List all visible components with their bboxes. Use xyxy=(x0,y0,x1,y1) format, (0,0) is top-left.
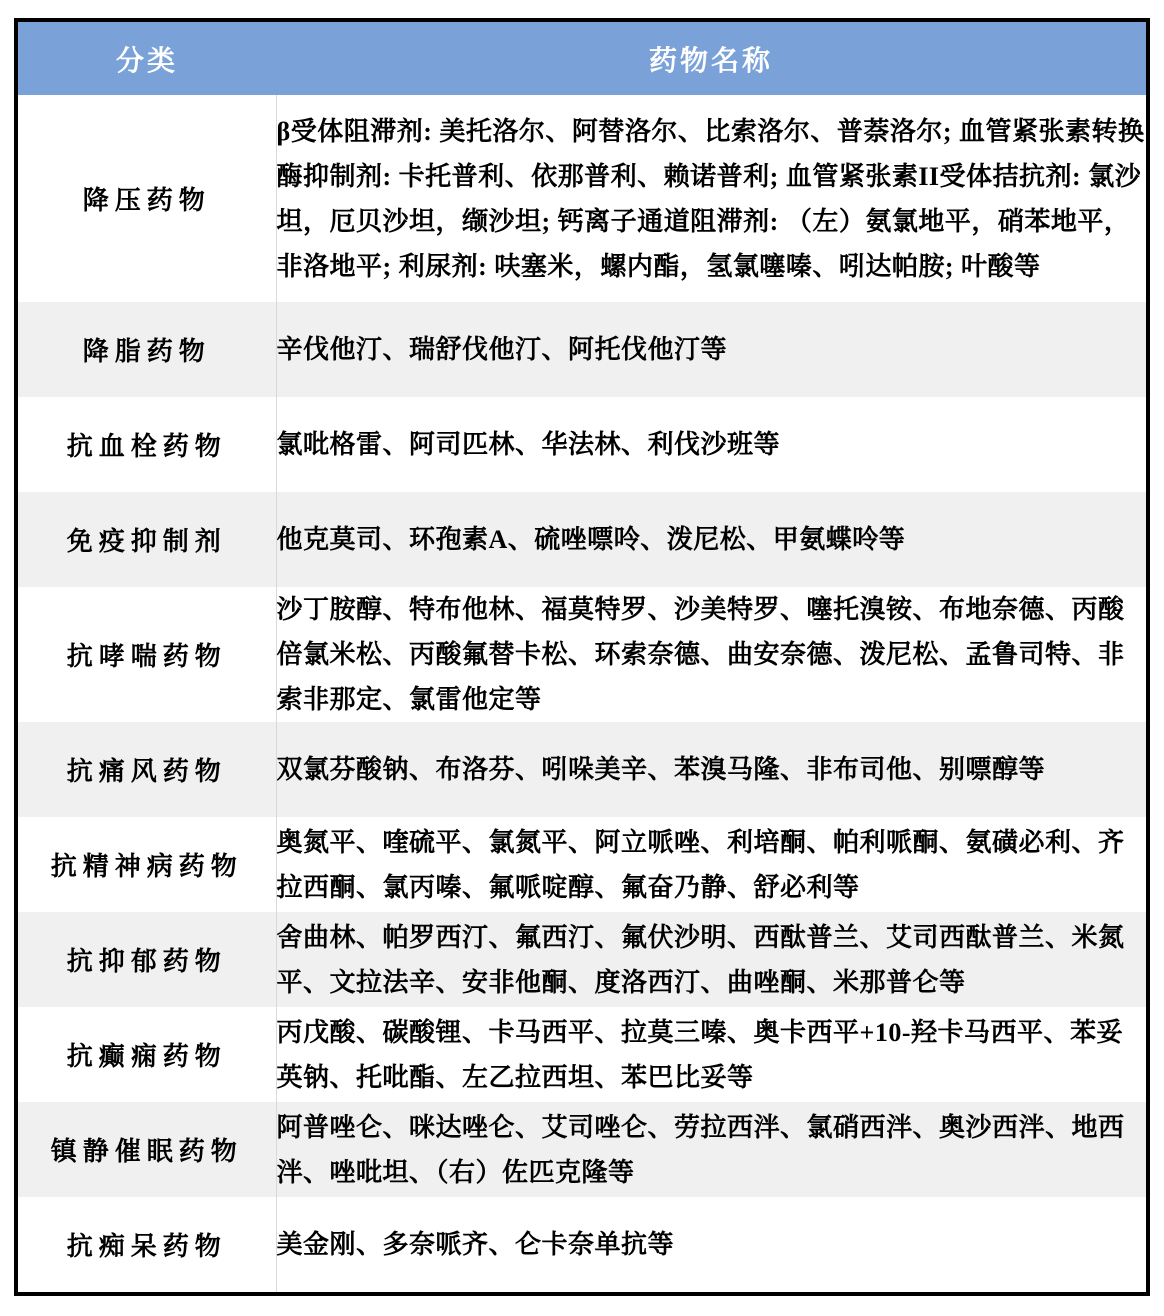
table-row: 抗精神病药物 奥氮平、喹硫平、氯氮平、阿立哌唑、利培酮、帕利哌酮、氨磺必利、齐拉… xyxy=(16,817,1148,912)
category-cell: 抗癫痫药物 xyxy=(16,1007,276,1102)
category-cell: 抗精神病药物 xyxy=(16,817,276,912)
drug-classification-table: 分类 药物名称 降压药物 β受体阻滞剂: 美托洛尔、阿替洛尔、比索洛尔、普萘洛尔… xyxy=(14,18,1150,1296)
table-row: 降压药物 β受体阻滞剂: 美托洛尔、阿替洛尔、比索洛尔、普萘洛尔; 血管紧张素转… xyxy=(16,95,1148,302)
table-row: 抗血栓药物 氯吡格雷、阿司匹林、华法林、利伐沙班等 xyxy=(16,397,1148,492)
table-header-row: 分类 药物名称 xyxy=(16,20,1148,95)
category-cell: 抗痴呆药物 xyxy=(16,1197,276,1294)
drugs-cell: 双氯芬酸钠、布洛芬、吲哚美辛、苯溴马隆、非布司他、别嘌醇等 xyxy=(276,722,1148,817)
category-cell: 抗抑郁药物 xyxy=(16,912,276,1007)
table-row: 镇静催眠药物 阿普唑仑、咪达唑仑、艾司唑仑、劳拉西泮、氯硝西泮、奥沙西泮、地西泮… xyxy=(16,1102,1148,1197)
category-cell: 免疫抑制剂 xyxy=(16,492,276,587)
table-row: 降脂药物 辛伐他汀、瑞舒伐他汀、阿托伐他汀等 xyxy=(16,302,1148,397)
drugs-cell: β受体阻滞剂: 美托洛尔、阿替洛尔、比索洛尔、普萘洛尔; 血管紧张素转换酶抑制剂… xyxy=(276,95,1148,302)
drugs-cell: 他克莫司、环孢素A、硫唑嘌呤、泼尼松、甲氨蝶呤等 xyxy=(276,492,1148,587)
drugs-cell: 丙戊酸、碳酸锂、卡马西平、拉莫三嗪、奥卡西平+10-羟卡马西平、苯妥英钠、托吡酯… xyxy=(276,1007,1148,1102)
drugs-cell: 舍曲林、帕罗西汀、氟西汀、氟伏沙明、西酞普兰、艾司西酞普兰、米氮平、文拉法辛、安… xyxy=(276,912,1148,1007)
column-header-drug-names: 药物名称 xyxy=(276,20,1148,95)
category-cell: 抗痛风药物 xyxy=(16,722,276,817)
table-row: 抗哮喘药物 沙丁胺醇、特布他林、福莫特罗、沙美特罗、噻托溴铵、布地奈德、丙酸倍氯… xyxy=(16,587,1148,722)
column-header-category: 分类 xyxy=(16,20,276,95)
drugs-cell: 辛伐他汀、瑞舒伐他汀、阿托伐他汀等 xyxy=(276,302,1148,397)
category-cell: 抗哮喘药物 xyxy=(16,587,276,722)
category-cell: 抗血栓药物 xyxy=(16,397,276,492)
category-cell: 镇静催眠药物 xyxy=(16,1102,276,1197)
category-cell: 降压药物 xyxy=(16,95,276,302)
table-row: 抗癫痫药物 丙戊酸、碳酸锂、卡马西平、拉莫三嗪、奥卡西平+10-羟卡马西平、苯妥… xyxy=(16,1007,1148,1102)
drugs-cell: 阿普唑仑、咪达唑仑、艾司唑仑、劳拉西泮、氯硝西泮、奥沙西泮、地西泮、唑吡坦、（右… xyxy=(276,1102,1148,1197)
page: 分类 药物名称 降压药物 β受体阻滞剂: 美托洛尔、阿替洛尔、比索洛尔、普萘洛尔… xyxy=(0,0,1164,1316)
table-row: 免疫抑制剂 他克莫司、环孢素A、硫唑嘌呤、泼尼松、甲氨蝶呤等 xyxy=(16,492,1148,587)
drugs-cell: 奥氮平、喹硫平、氯氮平、阿立哌唑、利培酮、帕利哌酮、氨磺必利、齐拉西酮、氯丙嗪、… xyxy=(276,817,1148,912)
drugs-cell: 氯吡格雷、阿司匹林、华法林、利伐沙班等 xyxy=(276,397,1148,492)
table-row: 抗抑郁药物 舍曲林、帕罗西汀、氟西汀、氟伏沙明、西酞普兰、艾司西酞普兰、米氮平、… xyxy=(16,912,1148,1007)
drugs-cell: 美金刚、多奈哌齐、仑卡奈单抗等 xyxy=(276,1197,1148,1294)
category-cell: 降脂药物 xyxy=(16,302,276,397)
table-row: 抗痴呆药物 美金刚、多奈哌齐、仑卡奈单抗等 xyxy=(16,1197,1148,1294)
table-row: 抗痛风药物 双氯芬酸钠、布洛芬、吲哚美辛、苯溴马隆、非布司他、别嘌醇等 xyxy=(16,722,1148,817)
drugs-cell: 沙丁胺醇、特布他林、福莫特罗、沙美特罗、噻托溴铵、布地奈德、丙酸倍氯米松、丙酸氟… xyxy=(276,587,1148,722)
